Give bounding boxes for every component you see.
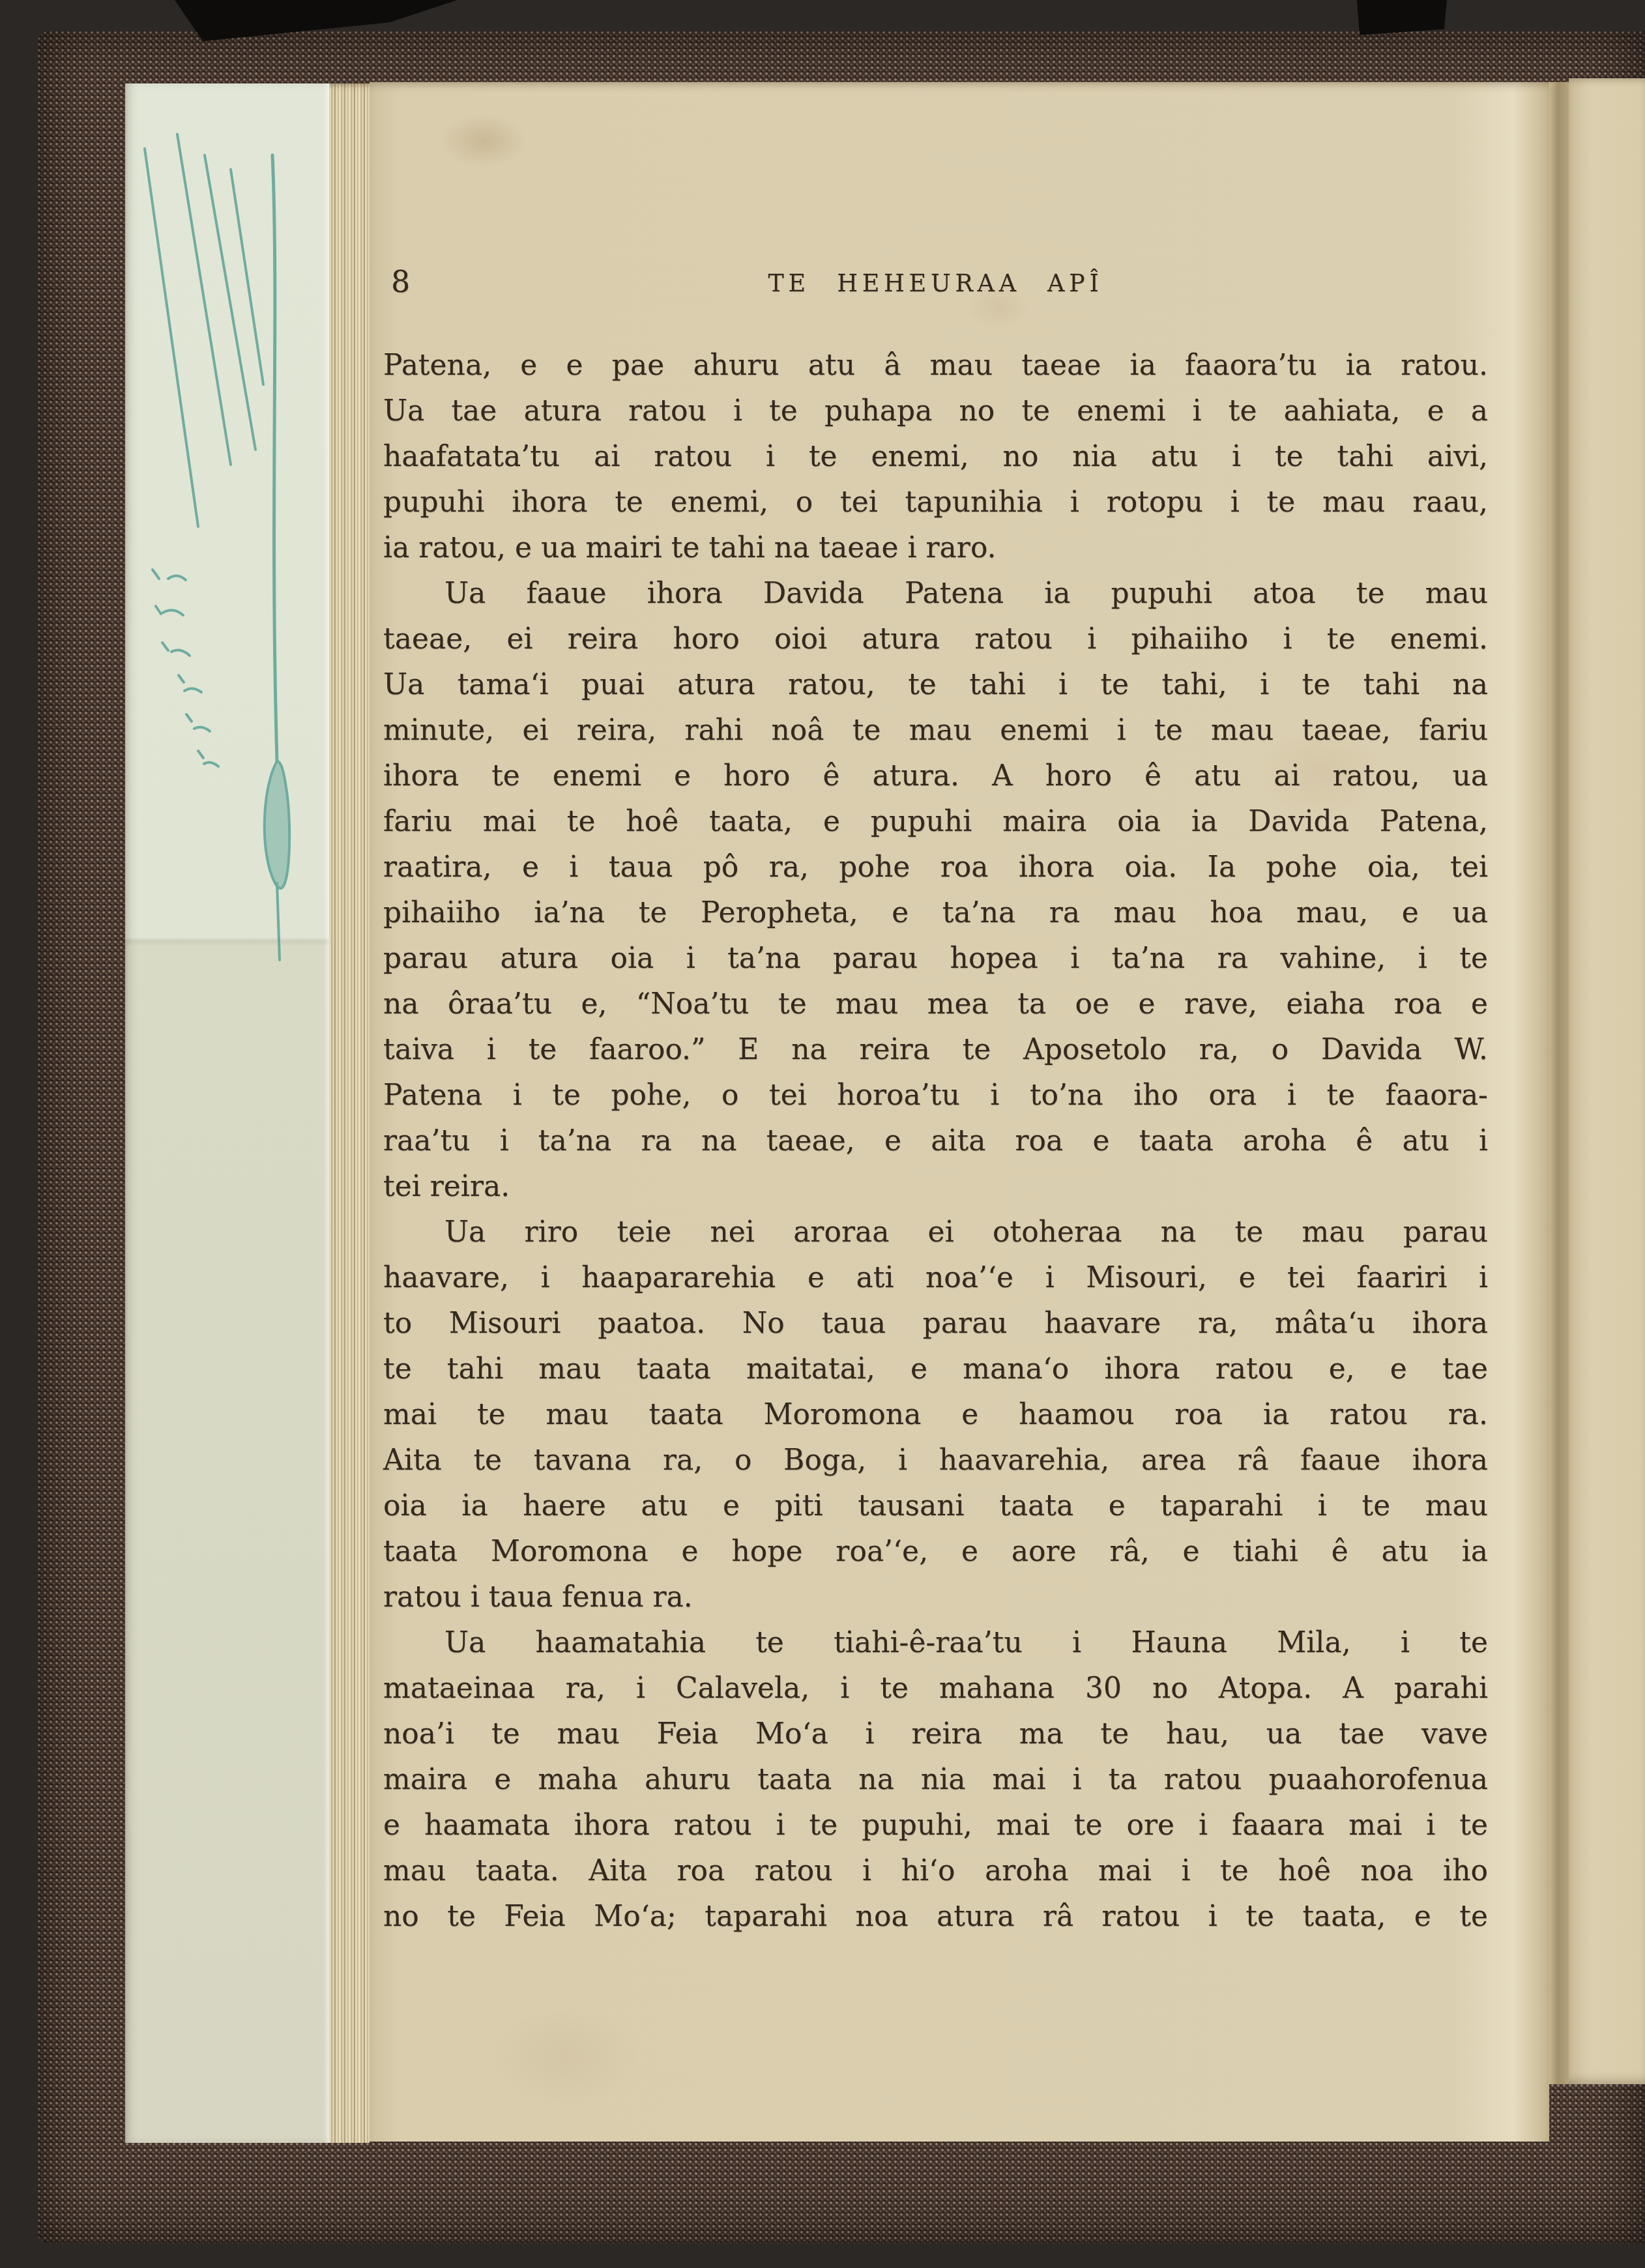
body-line: pupuhi ihora te enemi, o tei tapunihia i…: [383, 480, 1488, 525]
photo-background: 8 TE HEHEURAA APÎ Patena, e e pae ahuru …: [0, 0, 1645, 2268]
body-line: mau taata. Aita roa ratou i hi‘o aroha m…: [383, 1848, 1488, 1894]
body-line: parau atura oia i ta’na parau hopea i ta…: [383, 936, 1488, 981]
body-line: Patena i te pohe, o tei horoa’tu i to’na…: [383, 1073, 1488, 1118]
body-line: haavare, i haapararehia e ati noa’‘e i M…: [383, 1255, 1488, 1301]
body-line: pihaiiho ia’na te Peropheta, e ta’na ra …: [383, 890, 1488, 936]
printed-area: 8 TE HEHEURAA APÎ Patena, e e pae ahuru …: [383, 262, 1488, 1940]
book-page: 8 TE HEHEURAA APÎ Patena, e e pae ahuru …: [370, 82, 1549, 2142]
body-line: Ua tae atura ratou i te puhapa no te ene…: [383, 388, 1488, 434]
endpaper-botanical-sketch-icon: [125, 109, 329, 976]
paragraph: Ua haamatahia te tiahi-ê-raa’tu i Hauna …: [383, 1620, 1488, 1940]
body-line: Ua tama‘i puai atura ratou, te tahi i te…: [383, 662, 1488, 708]
body-line: mai te mau taata Moromona e haamou roa i…: [383, 1392, 1488, 1438]
body-line: taata Moromona e hope roa’‘e, e aore râ,…: [383, 1529, 1488, 1575]
page-header: 8 TE HEHEURAA APÎ: [383, 262, 1488, 343]
body-line: Aita te tavana ra, o Boga, i haavarehia,…: [383, 1438, 1488, 1483]
body-line: haafatata’tu ai ratou i te enemi, no nia…: [383, 434, 1488, 480]
page-gutter-shadow: [1549, 82, 1569, 2084]
body-line: taeae, ei reira horo oioi atura ratou i …: [383, 617, 1488, 662]
body-line: Ua haamatahia te tiahi-ê-raa’tu i Hauna …: [383, 1620, 1488, 1666]
body-line: ihora te enemi e horo ê atura. A horo ê …: [383, 753, 1488, 799]
body-line: te tahi mau taata maitatai, e mana‘o iho…: [383, 1346, 1488, 1392]
body-line: maira e maha ahuru taata na nia mai i ta…: [383, 1757, 1488, 1803]
running-head: TE HEHEURAA APÎ: [405, 265, 1466, 301]
body-line: raa’tu i ta’na ra na taeae, e aita roa e…: [383, 1118, 1488, 1164]
body-line: mataeinaa ra, i Calavela, i te mahana 30…: [383, 1666, 1488, 1711]
body-line: raatira, e i taua pô ra, pohe roa ihora …: [383, 845, 1488, 890]
body-line: ia ratou, e ua mairi te tahi na taeae i …: [383, 525, 1488, 571]
paragraph: Ua riro teie nei aroraa ei otoheraa na t…: [383, 1210, 1488, 1620]
body-line: to Misouri paatoa. No taua parau haavare…: [383, 1301, 1488, 1346]
body-line: noa’i te mau Feia Mo‘a i reira ma te hau…: [383, 1711, 1488, 1757]
page-edge-stack: [329, 83, 370, 2143]
paragraph: Patena, e e pae ahuru atu â mau taeae ia…: [383, 343, 1488, 571]
body-line: minute, ei reira, rahi noâ te mau enemi …: [383, 708, 1488, 753]
body-line: na ôraa’tu e, “Noa’tu te mau mea ta oe e…: [383, 981, 1488, 1027]
endpaper: [125, 83, 329, 2143]
text-block: Patena, e e pae ahuru atu â mau taeae ia…: [383, 343, 1488, 1940]
body-line: ratou i taua fenua ra.: [383, 1575, 1488, 1620]
body-line: oia ia haere atu e piti tausani taata e …: [383, 1483, 1488, 1529]
body-line: Patena, e e pae ahuru atu â mau taeae ia…: [383, 343, 1488, 388]
body-line: e haamata ihora ratou i te pupuhi, mai t…: [383, 1803, 1488, 1848]
body-line: no te Feia Mo‘a; taparahi noa atura râ r…: [383, 1894, 1488, 1940]
facing-page-edge: [1569, 78, 1645, 2084]
body-line: tei reira.: [383, 1164, 1488, 1210]
paragraph: Ua faaue ihora Davida Patena ia pupuhi a…: [383, 571, 1488, 1210]
body-line: Ua faaue ihora Davida Patena ia pupuhi a…: [383, 571, 1488, 617]
body-line: fariu mai te hoê taata, e pupuhi maira o…: [383, 799, 1488, 845]
body-line: taiva i te faaroo.” E na reira te Aposet…: [383, 1027, 1488, 1073]
body-line: Ua riro teie nei aroraa ei otoheraa na t…: [383, 1210, 1488, 1255]
